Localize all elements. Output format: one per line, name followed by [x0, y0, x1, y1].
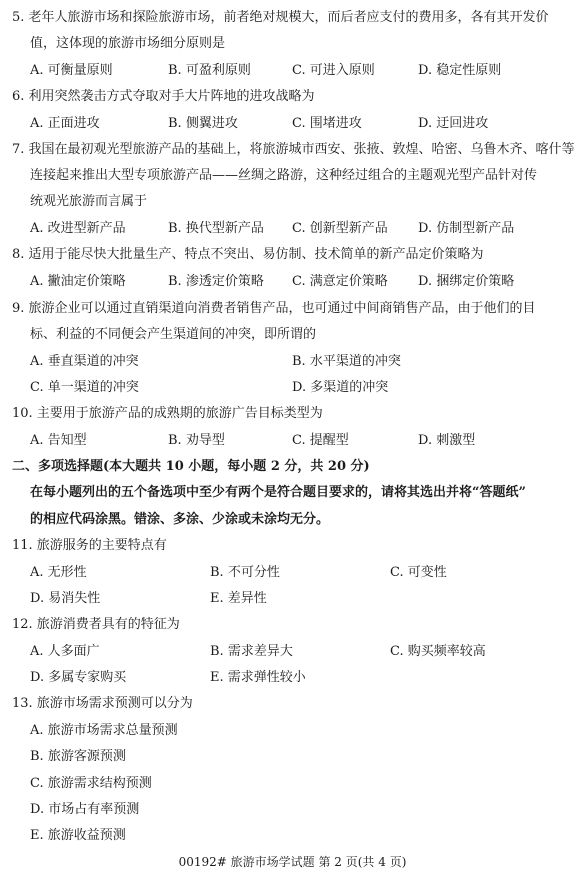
- option-a: A. 可衡量原则: [30, 58, 113, 84]
- question-13-option-e: E. 旅游收益预测: [30, 823, 126, 849]
- option-b: B. 渗透定价策略: [168, 269, 264, 295]
- question-6-stem: 6. 利用突然袭击方式夺取对手大片阵地的进攻战略为: [12, 84, 315, 110]
- page-footer: 00192# 旅游市场学试题 第 2 页(共 4 页): [0, 850, 585, 874]
- option-c: C. 满意定价策略: [292, 269, 388, 295]
- question-11-stem: 11. 旅游服务的主要特点有: [12, 533, 167, 559]
- option-d: D. 多渠道的冲突: [292, 375, 388, 401]
- option-b: B. 侧翼进攻: [168, 111, 238, 137]
- option-a: A. 告知型: [30, 428, 87, 454]
- option-e: E. 需求弹性较小: [210, 665, 306, 691]
- option-b: B. 换代型新产品: [168, 216, 264, 242]
- option-c: C. 可变性: [390, 560, 447, 586]
- option-c: C. 围堵进攻: [292, 111, 362, 137]
- question-13-option-d: D. 市场占有率预测: [30, 797, 139, 823]
- option-a: A. 正面进攻: [30, 111, 100, 137]
- option-d: D. 仿制型新产品: [418, 216, 514, 242]
- option-d: D. 刺激型: [418, 428, 475, 454]
- question-10-options: A. 告知型 B. 劝导型 C. 提醒型 D. 刺激型: [0, 428, 585, 454]
- question-12-options-row-2: D. 多属专家购买 E. 需求弹性较小: [0, 665, 585, 691]
- option-a: A. 改进型新产品: [30, 216, 126, 242]
- option-b: B. 需求差异大: [210, 639, 293, 665]
- question-7-stem-line-3: 统观光旅游而言属于: [30, 189, 147, 215]
- option-b: B. 劝导型: [168, 428, 225, 454]
- option-c: C. 创新型新产品: [292, 216, 388, 242]
- question-5-stem-line-1: 5. 老年人旅游市场和探险旅游市场，前者绝对规模大，而后者应支付的费用多，各有其…: [12, 5, 549, 31]
- question-5-options: A. 可衡量原则 B. 可盈利原则 C. 可进入原则 D. 稳定性原则: [0, 58, 585, 84]
- option-d: D. 稳定性原则: [418, 58, 501, 84]
- section-2-header: 二、多项选择题(本大题共 10 小题，每小题 2 分，共 20 分): [12, 454, 370, 480]
- option-c: C. 购买频率较高: [390, 639, 486, 665]
- section-2-instructions-line-1: 在每小题列出的五个备选项中至少有两个是符合题目要求的，请将其选出并将“答题纸”: [30, 480, 526, 506]
- option-b: B. 水平渠道的冲突: [292, 349, 401, 375]
- question-13-option-b: B. 旅游客源预测: [30, 744, 126, 770]
- question-11-options-row-2: D. 易消失性 E. 差异性: [0, 586, 585, 612]
- option-a: A. 垂直渠道的冲突: [30, 349, 139, 375]
- option-d: D. 迂回进攻: [418, 111, 488, 137]
- option-b: B. 可盈利原则: [168, 58, 251, 84]
- question-13-option-a: A. 旅游市场需求总量预测: [30, 718, 178, 744]
- question-13-stem: 13. 旅游市场需求预测可以分为: [12, 691, 193, 717]
- option-c: C. 提醒型: [292, 428, 349, 454]
- option-d: D. 捆绑定价策略: [418, 269, 514, 295]
- option-b: B. 不可分性: [210, 560, 280, 586]
- section-2-instructions-line-2: 的相应代码涂黑。错涂、多涂、少涂或未涂均无分。: [30, 507, 329, 533]
- question-8-options: A. 撇油定价策略 B. 渗透定价策略 C. 满意定价策略 D. 捆绑定价策略: [0, 269, 585, 295]
- question-7-stem-line-1: 7. 我国在最初观光型旅游产品的基础上，将旅游城市西安、张掖、敦煌、哈密、乌鲁木…: [12, 137, 575, 163]
- question-7-stem-line-2: 连接起来推出大型专项旅游产品——丝绸之路游，这种经过组合的主题观光型产品针对传: [30, 163, 537, 189]
- option-c: C. 单一渠道的冲突: [30, 375, 139, 401]
- question-10-stem: 10. 主要用于旅游产品的成熟期的旅游广告目标类型为: [12, 401, 323, 427]
- question-13-option-c: C. 旅游需求结构预测: [30, 771, 152, 797]
- option-a: A. 撇油定价策略: [30, 269, 126, 295]
- option-a: A. 人多面广: [30, 639, 100, 665]
- option-d: D. 多属专家购买: [30, 665, 126, 691]
- question-12-options-row-1: A. 人多面广 B. 需求差异大 C. 购买频率较高: [0, 639, 585, 665]
- option-c: C. 可进入原则: [292, 58, 375, 84]
- question-8-stem: 8. 适用于能尽快大批量生产、特点不突出、易仿制、技术简单的新产品定价策略为: [12, 242, 484, 268]
- question-12-stem: 12. 旅游消费者具有的特征为: [12, 612, 180, 638]
- question-11-options-row-1: A. 无形性 B. 不可分性 C. 可变性: [0, 560, 585, 586]
- question-6-options: A. 正面进攻 B. 侧翼进攻 C. 围堵进攻 D. 迂回进攻: [0, 111, 585, 137]
- question-9-options-row-2: C. 单一渠道的冲突 D. 多渠道的冲突: [0, 375, 585, 401]
- option-e: E. 差异性: [210, 586, 267, 612]
- option-a: A. 无形性: [30, 560, 87, 586]
- option-d: D. 易消失性: [30, 586, 100, 612]
- question-5-stem-line-2: 值，这体现的旅游市场细分原则是: [30, 31, 225, 57]
- question-7-options: A. 改进型新产品 B. 换代型新产品 C. 创新型新产品 D. 仿制型新产品: [0, 216, 585, 242]
- question-9-options-row-1: A. 垂直渠道的冲突 B. 水平渠道的冲突: [0, 349, 585, 375]
- question-9-stem-line-2: 标、利益的不同便会产生渠道间的冲突，即所谓的: [30, 322, 316, 348]
- question-9-stem-line-1: 9. 旅游企业可以通过直销渠道向消费者销售产品，也可通过中间商销售产品，由于他们…: [12, 296, 536, 322]
